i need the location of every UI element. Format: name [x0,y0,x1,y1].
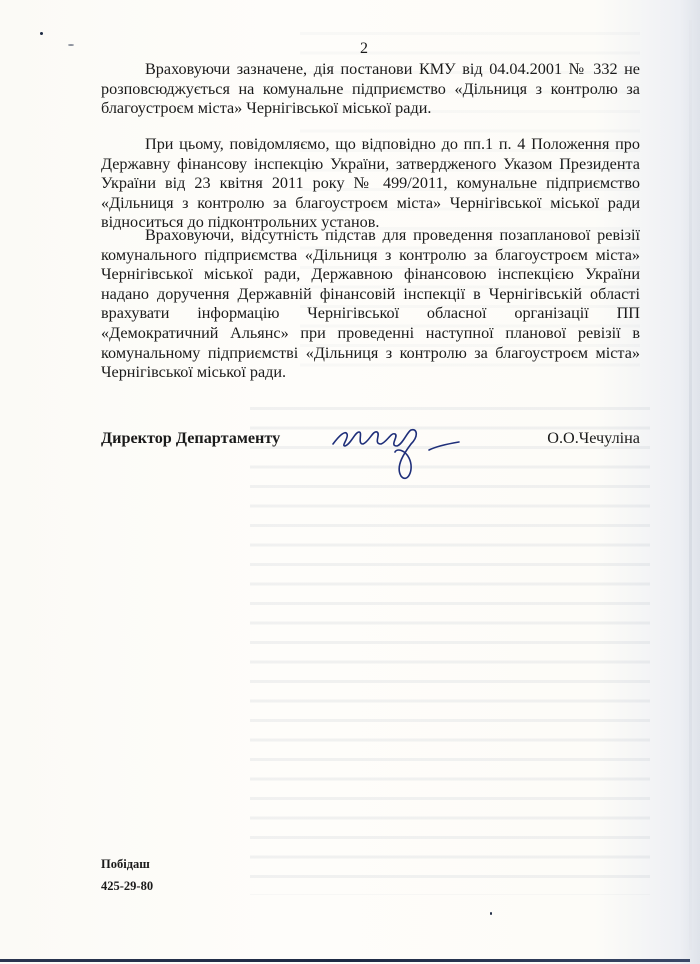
handwritten-signature-icon [325,410,475,490]
scan-right-edge [689,20,692,950]
scan-speck [490,912,492,915]
executor-phone: 425-29-80 [101,875,153,897]
paragraph-1: Враховуючи зазначене, дія постанови КМУ … [101,60,640,119]
scanned-page: 2 Враховуючи зазначене, дія постанови КМ… [0,0,700,964]
signatory-name: О.О.Чечуліна [547,429,640,448]
scan-speck [40,32,43,35]
paragraph-2: При цьому, повідомляємо, що відповідно д… [101,135,640,233]
scan-speck [68,44,74,46]
executor-name: Побідаш [101,853,153,875]
position-title: Директор Департаменту [101,429,280,448]
scan-bottom-edge [0,959,690,962]
page-number: 2 [360,40,368,58]
paragraph-3: Враховуючи, відсутність підстав для пров… [101,226,640,383]
executor-footer: Побідаш 425-29-80 [101,853,153,897]
